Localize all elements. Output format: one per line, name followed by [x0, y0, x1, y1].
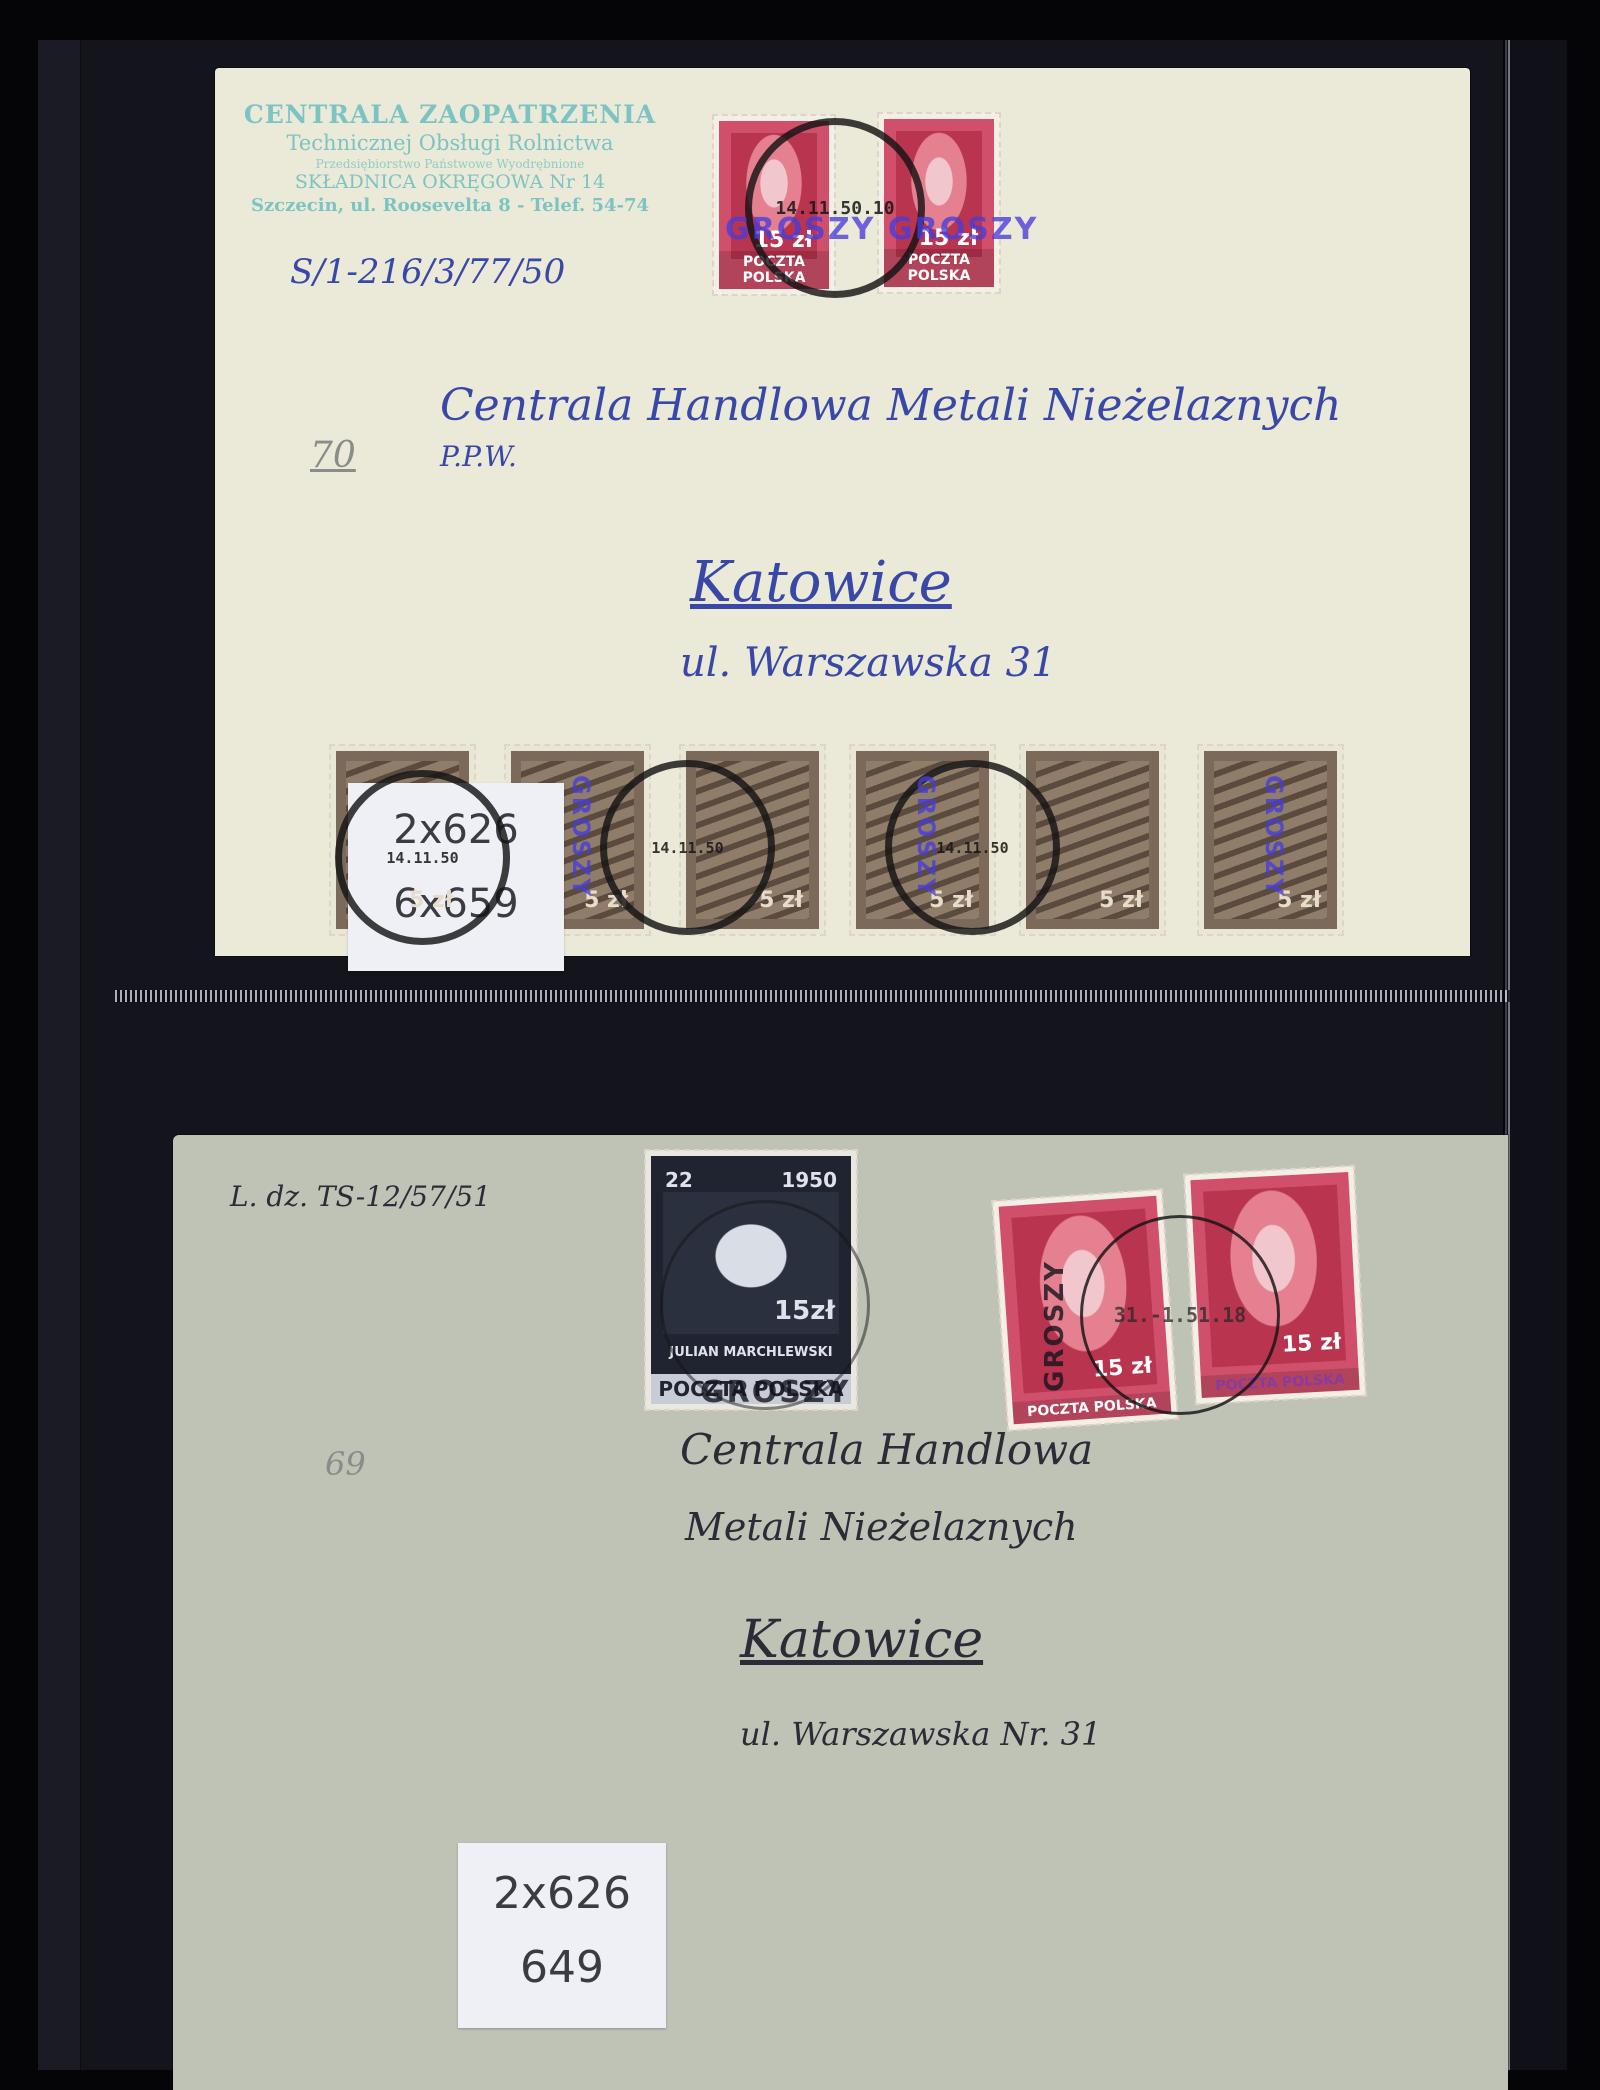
address-street-top: ul. Warszawska 31: [680, 640, 1057, 686]
stock-strip-edge: [115, 990, 1510, 1002]
overprint-groszy: GROSZY: [567, 775, 595, 898]
stamp-year: 22 1950: [651, 1168, 851, 1192]
sender-line-1: CENTRALA ZAOPATRZENIA: [240, 100, 660, 129]
postmark-date: 31.-1.51.18: [1114, 1303, 1246, 1327]
pencil-number-top: 70: [310, 435, 356, 476]
address-street-bottom: ul. Warszawska Nr. 31: [740, 1715, 1101, 1753]
postmark-round: 14.11.50: [600, 760, 775, 935]
note-line-2: 649: [458, 1931, 666, 2005]
stamp-value: 15 zł: [1281, 1330, 1341, 1358]
postmark-cieszyn: 31.-1.51.18: [1080, 1215, 1280, 1415]
postmark-round: 14.11.50: [335, 770, 510, 945]
page-edge: [38, 40, 81, 2070]
address-city-bottom: Katowice: [740, 1610, 983, 1670]
catalogue-note-bottom: 2x626 649: [458, 1843, 666, 2028]
overprint-groszy: GROSZY: [1040, 1260, 1070, 1392]
address-city-top: Katowice: [690, 550, 952, 615]
sender-line-5: Szczecin, ul. Roosevelta 8 - Telef. 54-7…: [240, 195, 660, 216]
sender-line-4: SKŁADNICA OKRĘGOWA Nr 14: [240, 171, 660, 193]
stamp-value: 5 zł: [1099, 888, 1143, 913]
overprint-groszy: GROSZY: [725, 212, 875, 247]
note-line-1: 2x626: [458, 1857, 666, 1931]
stamp-value: 5 zł: [759, 888, 803, 913]
address-line-2-bottom: Metali Nieżelaznych: [685, 1505, 1078, 1549]
sender-imprint: CENTRALA ZAOPATRZENIA Technicznej Obsług…: [240, 100, 660, 216]
overprint-groszy: GROSZY: [700, 1375, 850, 1410]
overprint-groszy: GROSZY: [1260, 775, 1288, 898]
album-binding: [1505, 40, 1567, 2070]
pencil-number-bottom: 69: [325, 1445, 366, 1483]
sender-line-3: Przedsiębiorstwo Państwowe Wyodrębnione: [240, 157, 660, 171]
postmark-szczecin: 14.11.50.10: [745, 118, 925, 298]
address-line-1-top: Centrala Handlowa Metali Nieżelaznych: [440, 380, 1341, 431]
overprint-groszy: GROSZY: [912, 775, 940, 898]
overprint-groszy: GROSZY: [888, 212, 1038, 247]
address-line-2-top: P.P.W.: [440, 440, 517, 473]
binding-line: [1508, 40, 1510, 2070]
address-line-1-bottom: Centrala Handlowa: [680, 1425, 1093, 1474]
sender-line-2: Technicznej Obsługi Rolnictwa: [240, 131, 660, 155]
reference-number-bottom: L. dz. TS-12/57/51: [230, 1180, 491, 1213]
reference-number-top: S/1-216/3/77/50: [290, 252, 565, 292]
